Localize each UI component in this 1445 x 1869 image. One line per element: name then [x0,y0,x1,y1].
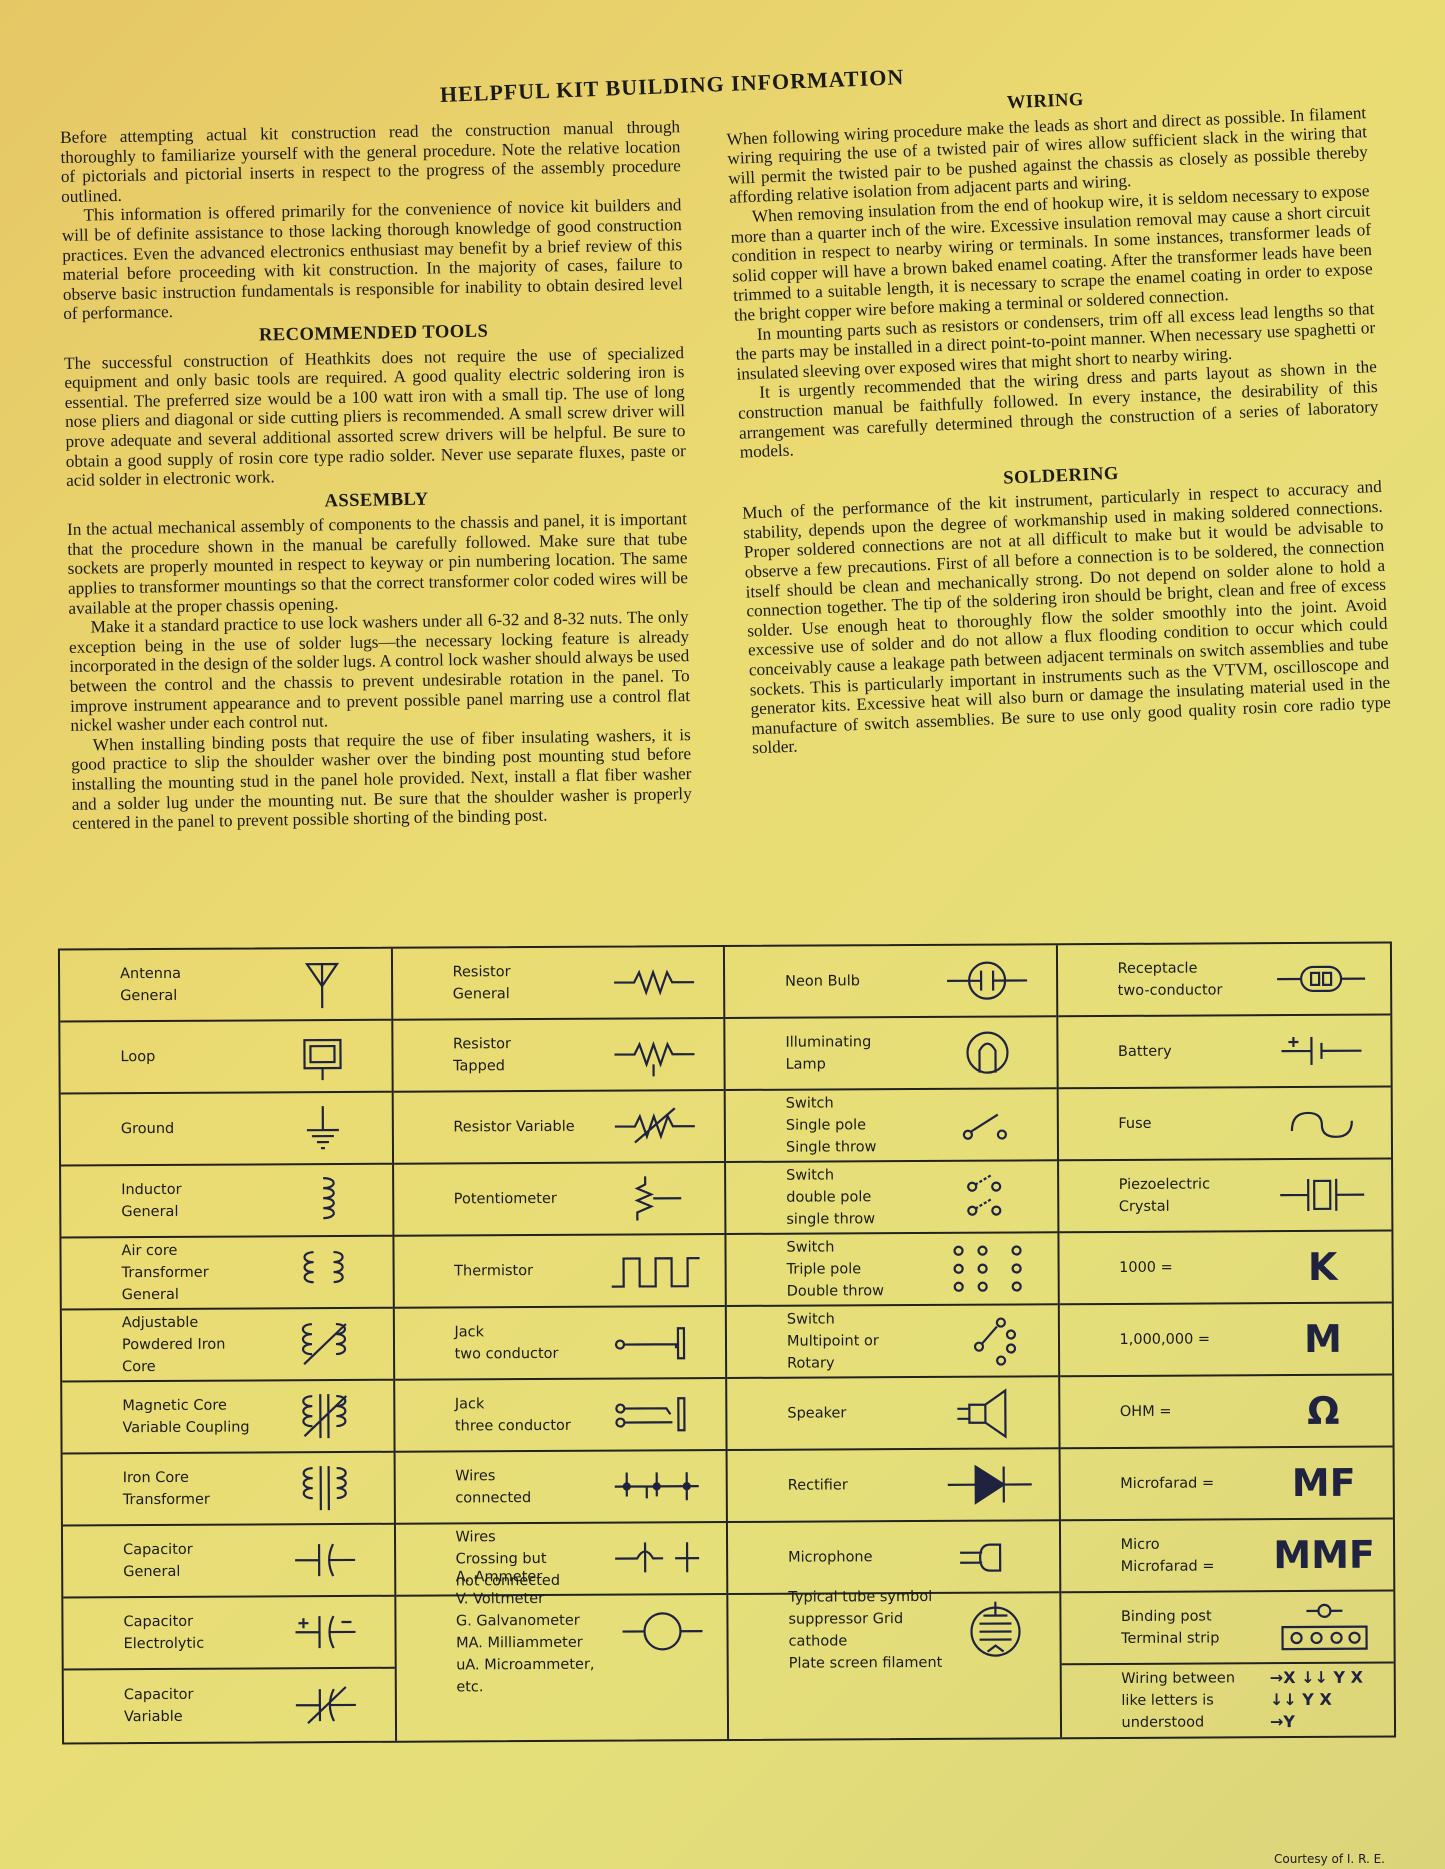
loop-icon [267,1026,377,1087]
paragraph: When installing binding posts that requi… [71,725,693,834]
symbol-cell: Capacitor Electrolytic [63,1597,394,1671]
symbol-label: Binding post Terminal strip [1121,1605,1220,1650]
switch-spst-icon [932,1094,1042,1155]
symbol-label: Capacitor Variable [124,1684,194,1728]
symbol-label: Potentiometer [454,1188,557,1211]
symbol-cell: Illuminating Lamp [725,1017,1056,1091]
symbol-cell: 1000 =K [1059,1232,1392,1306]
capacitor-icon [269,1530,379,1591]
ground-icon [267,1098,377,1159]
symbol-cell: Microphone [728,1521,1059,1595]
thermistor-icon [600,1240,710,1301]
symbol-label: Jack three conductor [455,1393,571,1438]
symbol-label: Switch Triple pole Double throw [786,1236,884,1303]
symbol-column: Neon BulbIlluminating LampSwitch Single … [725,945,1062,1739]
switch-dpst-icon [933,1166,1043,1227]
symbol-cell: Iron Core Transformer [63,1453,394,1527]
jack-three-icon [601,1384,711,1445]
symbol-cell: Rectifier [728,1449,1059,1523]
symbol-cell: Switch Single pole Single throw [726,1089,1057,1163]
paragraph: Much of the performance of the kit instr… [742,477,1392,758]
abbreviation: MF [1269,1453,1379,1514]
symbol-cell: Piezoelectric Crystal [1059,1160,1392,1234]
speaker-icon [934,1382,1044,1443]
symbol-cell: OHM =Ω [1060,1376,1393,1450]
symbol-label: Adjustable Powdered Iron Core [122,1312,226,1379]
symbol-cell: Resistor General [392,947,723,1021]
symbol-label: OHM = [1120,1401,1172,1423]
symbol-label: Typical tube symbol suppressor Grid cath… [788,1586,945,1675]
symbol-label: Jack two conductor [454,1321,558,1366]
symbol-cell: Wires connected [395,1451,726,1525]
abbreviation: MMF [1269,1525,1379,1586]
paragraph: Before attempting actual kit constructio… [60,117,681,206]
receptacle-icon [1266,949,1376,1010]
symbol-label: Illuminating Lamp [785,1031,871,1075]
symbol-cell: 1,000,000 =M [1059,1304,1392,1378]
symbol-label: Neon Bulb [785,970,860,992]
symbol-cell: Typical tube symbol suppressor Grid cath… [728,1593,1059,1667]
symbol-cell: Ground [61,1093,392,1167]
fuse-icon [1267,1093,1377,1154]
symbol-cell: Loop [60,1021,391,1095]
meter-icon [612,1601,713,1662]
symbol-label: Wires connected [455,1465,531,1509]
symbol-cell: Magnetic Core Variable Coupling [62,1381,393,1455]
symbol-cell: Switch double pole single throw [726,1161,1057,1235]
abbreviation: Ω [1268,1381,1378,1442]
symbol-cell: Resistor Variable [393,1091,724,1165]
air-core-transformer-icon [268,1242,378,1303]
symbol-cell: Neon Bulb [725,945,1056,1019]
resistor-variable-icon [600,1096,710,1157]
symbol-label: Microfarad = [1120,1472,1214,1494]
symbol-label: Loop [120,1046,155,1068]
symbol-cell: Wiring between like letters is understoo… [1061,1664,1394,1738]
paragraph: This information is offered primarily fo… [61,196,683,324]
symbol-cell: Air core Transformer General [61,1237,392,1311]
symbol-cell: Antenna General [60,949,391,1023]
intro-section: Before attempting actual kit constructio… [60,117,683,324]
wiring-section: When following wiring procedure make the… [726,103,1379,463]
wires-connected-icon [602,1456,712,1517]
symbol-column: Resistor GeneralResistor TappedResistor … [392,947,729,1741]
symbol-label: Resistor General [452,961,510,1005]
symbol-label: Piezoelectric Crystal [1119,1173,1211,1217]
symbol-label: Magnetic Core Variable Coupling [122,1395,249,1440]
binding-post-icon [1269,1597,1379,1658]
right-column: WIRING When following wiring procedure m… [725,73,1392,758]
symbol-label: Inductor General [121,1179,182,1223]
symbol-cell: Thermistor [394,1235,725,1309]
symbol-label: Resistor Tapped [453,1033,511,1077]
jack-two-icon [601,1312,711,1373]
symbol-label: Speaker [787,1402,846,1424]
paragraph: In the actual mechanical assembly of com… [67,509,689,618]
potentiometer-icon [600,1168,710,1229]
symbol-cell: Jack three conductor [395,1379,726,1453]
symbol-cell: Resistor Tapped [393,1019,724,1093]
battery-icon [1266,1021,1376,1082]
inductor-icon [268,1170,378,1231]
symbol-cell: Capacitor Variable [64,1669,395,1743]
crystal-icon [1267,1165,1377,1226]
symbol-label: Capacitor Electrolytic [123,1611,204,1655]
symbol-column: Antenna GeneralLoopGroundInductor Genera… [60,949,397,1743]
resistor-tapped-icon [599,1024,709,1085]
microphone-icon [934,1526,1044,1587]
symbol-label: A. Ammeter V. Voltmeter G. Galvanometer … [456,1566,612,1699]
tube-icon [945,1599,1045,1660]
rectifier-icon [934,1454,1044,1515]
symbol-label: 1000 = [1119,1257,1173,1279]
symbol-label: Ground [121,1118,174,1140]
symbol-cell: Switch Triple pole Double throw [726,1233,1057,1307]
symbol-label: Micro Microfarad = [1121,1533,1215,1577]
abbreviation: M [1268,1309,1378,1370]
switch-rotary-icon [933,1310,1043,1371]
symbol-label: Air core Transformer General [121,1240,208,1306]
wires-crossing-icon [602,1528,712,1589]
symbol-label: Wiring between like letters is understoo… [1121,1667,1235,1734]
symbol-label: Thermistor [454,1260,533,1282]
symbol-label: Receptacle two-conductor [1117,957,1222,1002]
tools-section: The successful construction of Heathkits… [64,343,686,491]
symbol-cell: Microfarad =MF [1060,1448,1393,1522]
magnetic-core-icon [269,1386,379,1447]
capacitor-variable-icon [270,1675,380,1736]
symbol-label: 1,000,000 = [1119,1328,1210,1350]
iron-core-transformer-icon [269,1458,379,1519]
symbol-label: Antenna General [120,963,181,1007]
capacitor-electrolytic-icon [270,1602,380,1663]
soldering-section: Much of the performance of the kit instr… [742,477,1392,758]
symbol-cell: Speaker [727,1377,1058,1451]
symbol-label: Fuse [1118,1113,1151,1135]
credit: Courtesy of I. R. E. [1274,1852,1385,1866]
symbol-label: Resistor Variable [453,1116,574,1139]
symbol-cell: Battery [1058,1016,1391,1090]
adjustable-core-icon [268,1314,378,1375]
symbol-label: Capacitor General [123,1539,193,1583]
abbreviation: K [1267,1237,1377,1298]
symbol-label: Iron Core Transformer [123,1467,210,1511]
symbol-cell: Capacitor General [63,1525,394,1599]
symbol-cell: Switch Multipoint or Rotary [727,1305,1058,1379]
symbol-table: Antenna GeneralLoopGroundInductor Genera… [58,942,1396,1745]
symbol-cell: Fuse [1058,1088,1391,1162]
lamp-icon [932,1022,1042,1083]
symbol-column: Receptacle two-conductorBatteryFusePiezo… [1057,944,1394,1738]
symbol-cell: Potentiometer [394,1163,725,1237]
symbol-label: Switch double pole single throw [786,1164,875,1230]
symbol-label: Switch Single pole Single throw [786,1092,877,1158]
symbol-cell: A. Ammeter V. Voltmeter G. Galvanometer … [396,1595,727,1669]
switch-3pdt-icon [933,1238,1043,1299]
left-column: Before attempting actual kit constructio… [60,117,692,833]
abbreviation: →X ↓↓ Y X ↓↓ Y X →Y [1270,1670,1380,1731]
symbol-cell: Binding post Terminal strip [1061,1592,1394,1666]
symbol-cell: Adjustable Powdered Iron Core [62,1309,393,1383]
neon-bulb-icon [931,950,1041,1011]
symbol-label: Rectifier [788,1474,848,1496]
symbol-label: Microphone [788,1546,873,1568]
symbol-cell: Micro Microfarad =MMF [1060,1520,1393,1594]
symbol-label: Battery [1118,1041,1172,1063]
symbol-cell: Jack two conductor [394,1307,725,1381]
antenna-icon [266,954,376,1015]
symbol-cell: Receptacle two-conductor [1057,944,1390,1018]
symbol-cell: Inductor General [61,1165,392,1239]
paragraph: The successful construction of Heathkits… [64,343,686,491]
resistor-icon [599,952,709,1013]
assembly-section: In the actual mechanical assembly of com… [67,509,692,833]
symbol-label: Switch Multipoint or Rotary [787,1308,879,1374]
paragraph: Make it a standard practice to use lock … [69,607,691,735]
